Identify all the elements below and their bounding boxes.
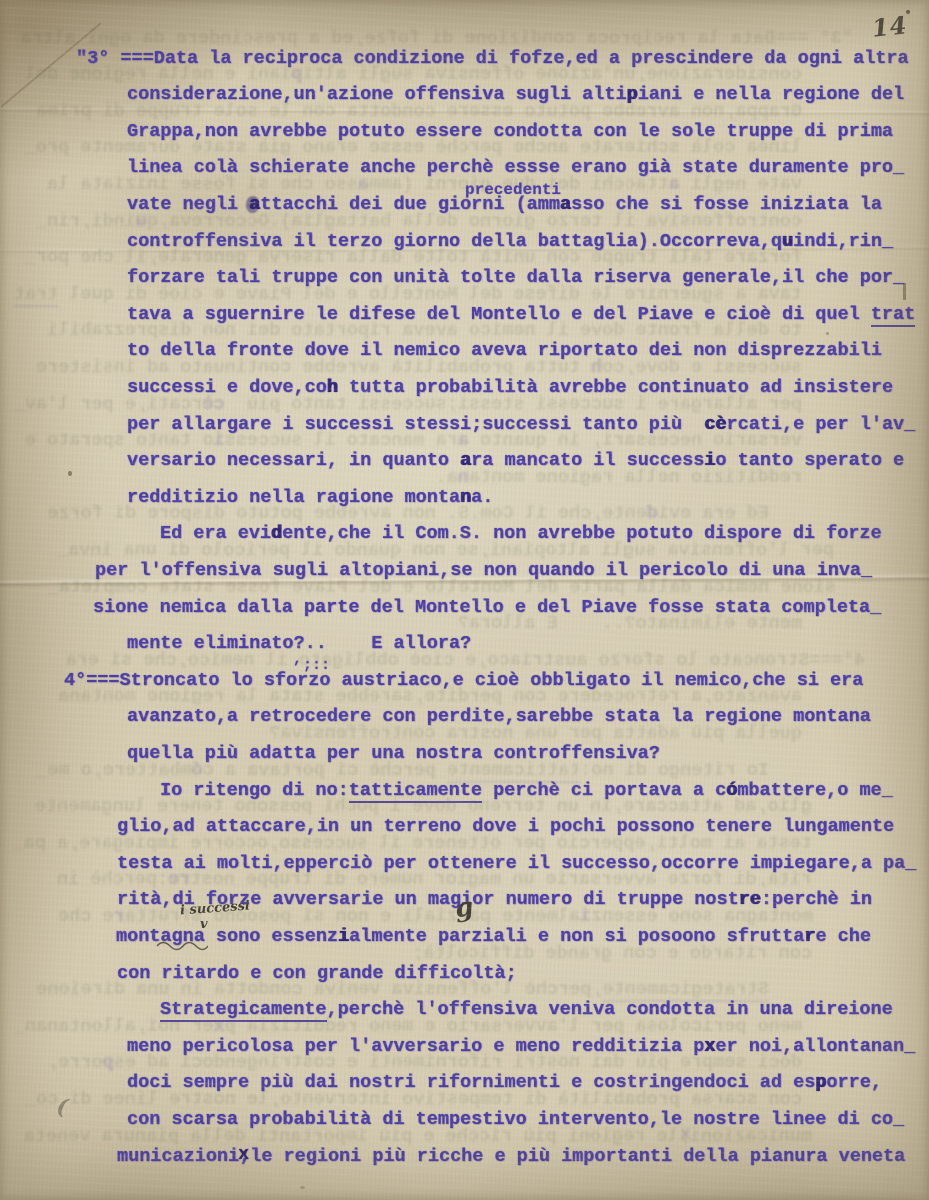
- edge-vignette: [0, 0, 929, 1200]
- document-page: "3° ===Data la reciproca condizione di f…: [0, 0, 929, 1200]
